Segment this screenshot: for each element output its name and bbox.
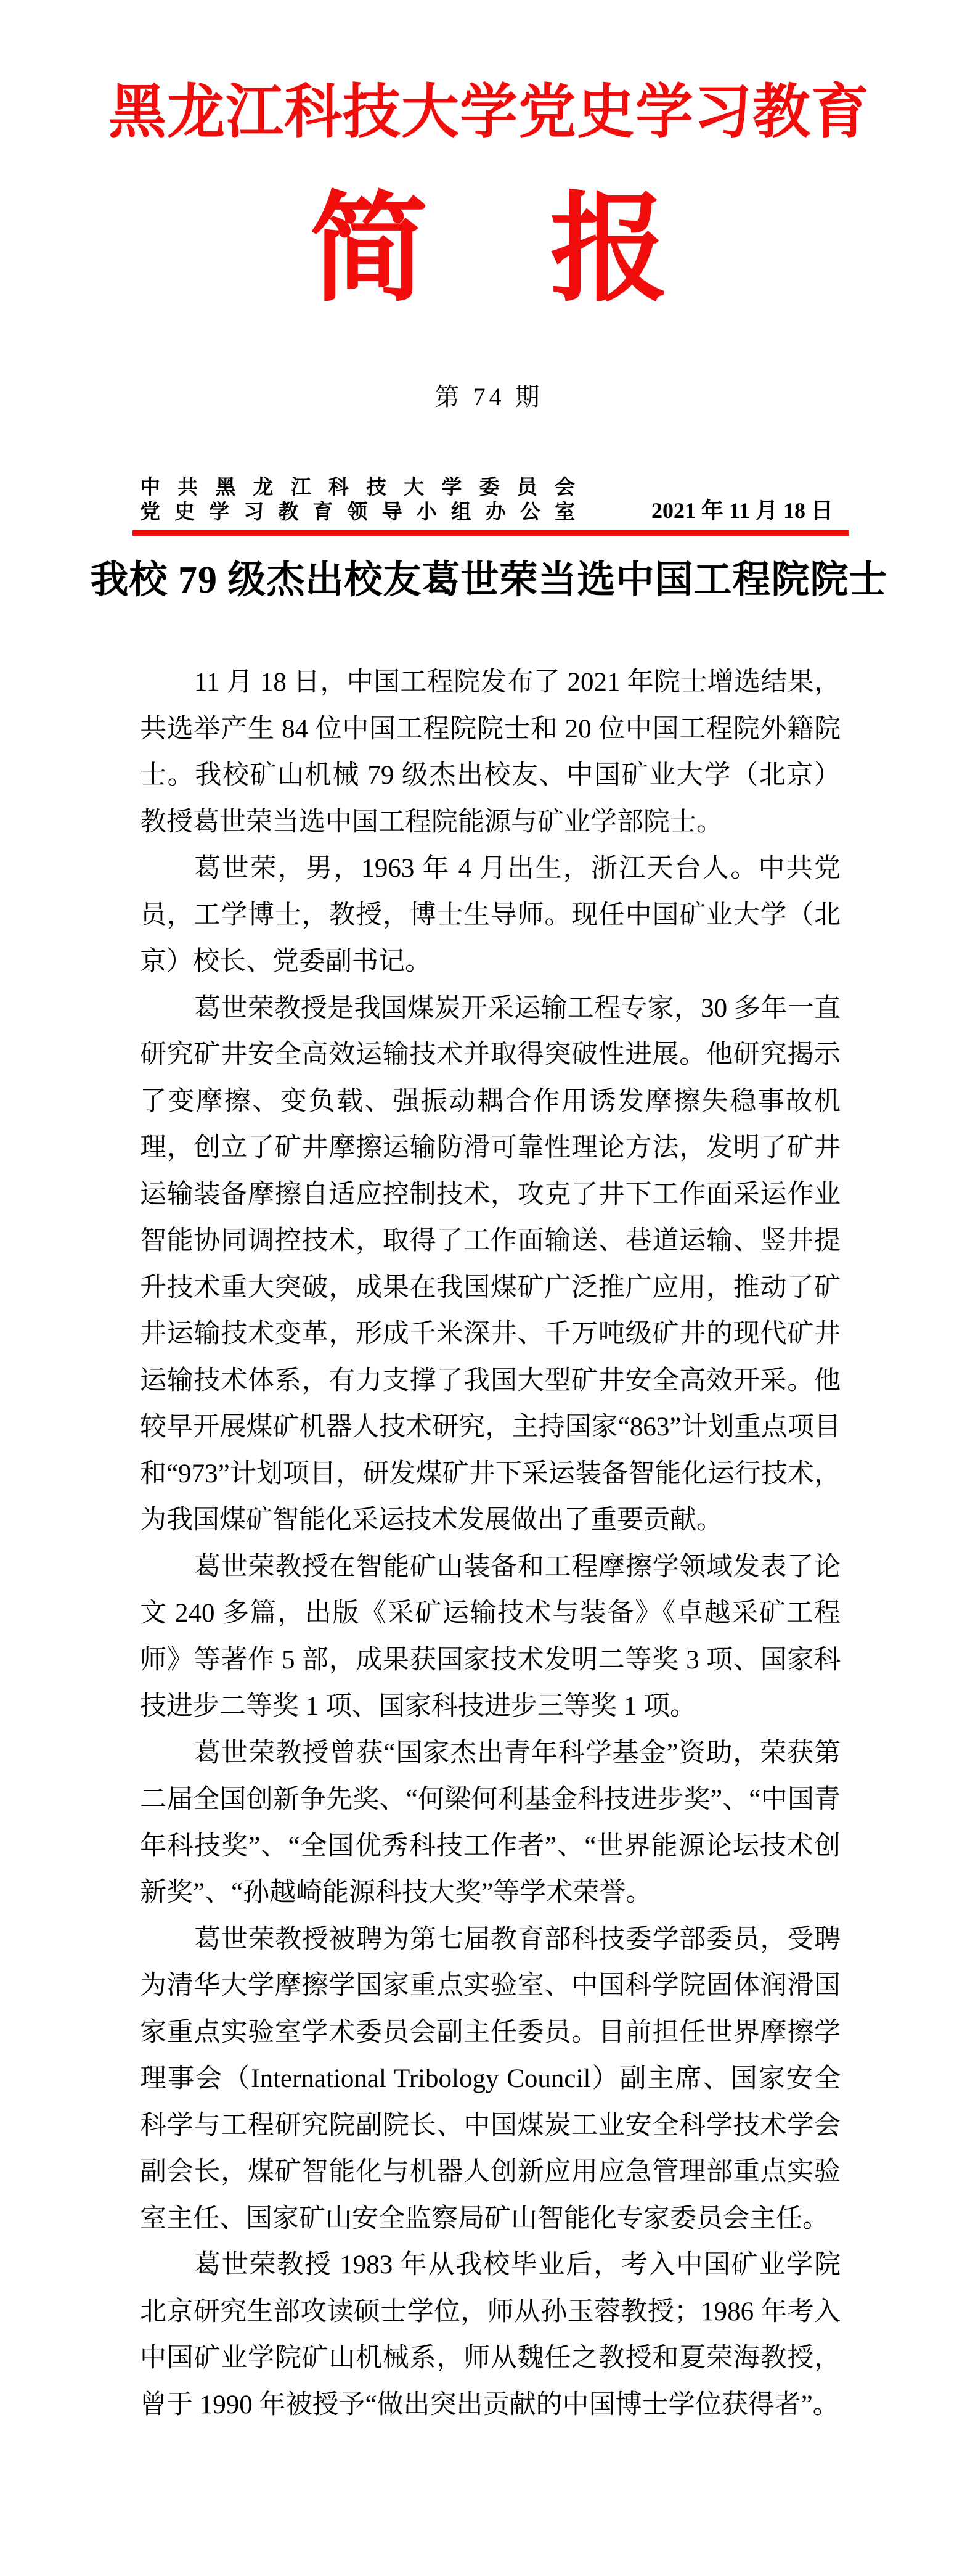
body-paragraph: 葛世荣教授是我国煤炭开采运输工程专家，30 多年一直研究矿井安全高效运输技术并取… <box>140 985 841 1544</box>
issuer-line-2: 党史学习教育领导小组办公室 <box>140 499 575 524</box>
body-paragraph: 葛世荣教授被聘为第七届教育部科技委学部委员，受聘为清华大学摩擦学国家重点实验室、… <box>140 1916 841 2242</box>
masthead-org-title: 黑龙江科技大学党史学习教育 <box>0 83 978 142</box>
body-paragraph: 葛世荣教授 1983 年从我校毕业后，考入中国矿业学院北京研究生部攻读硕士学位，… <box>140 2242 841 2428</box>
article-title: 我校 79 级杰出校友葛世荣当选中国工程院院士 <box>0 559 978 602</box>
masthead-divider-rule <box>132 530 849 536</box>
bulletin-title: 简 报 <box>0 190 978 308</box>
body-paragraph: 11 月 18 日，中国工程院发布了 2021 年院士增选结果，共选举产生 84… <box>140 659 841 845</box>
issuer-line-1: 中共黑龙江科技大学委员会 <box>140 475 575 499</box>
body-paragraph: 葛世荣教授在智能矿山装备和工程摩擦学领域发表了论文 240 多篇，出版《采矿运输… <box>140 1544 841 1730</box>
issue-date: 2021 年 11 月 18 日 <box>651 499 833 522</box>
bulletin-page: 黑龙江科技大学党史学习教育 简 报 第 74 期 中共黑龙江科技大学委员会 党史… <box>0 0 978 2576</box>
body-paragraph: 葛世荣，男，1963 年 4 月出生，浙江天台人。中共党员，工学博士，教授，博士… <box>140 845 841 985</box>
body-paragraph: 葛世荣教授曾获“国家杰出青年科学基金”资助，荣获第二届全国创新争先奖、“何梁何利… <box>140 1730 841 1916</box>
bulletin-title-char-1: 简 <box>310 190 428 308</box>
bulletin-title-char-2: 报 <box>550 190 669 308</box>
issuer-block: 中共黑龙江科技大学委员会 党史学习教育领导小组办公室 <box>140 475 575 524</box>
article-body: 11 月 18 日，中国工程院发布了 2021 年院士增选结果，共选举产生 84… <box>140 659 841 2428</box>
issue-number: 第 74 期 <box>0 385 978 409</box>
